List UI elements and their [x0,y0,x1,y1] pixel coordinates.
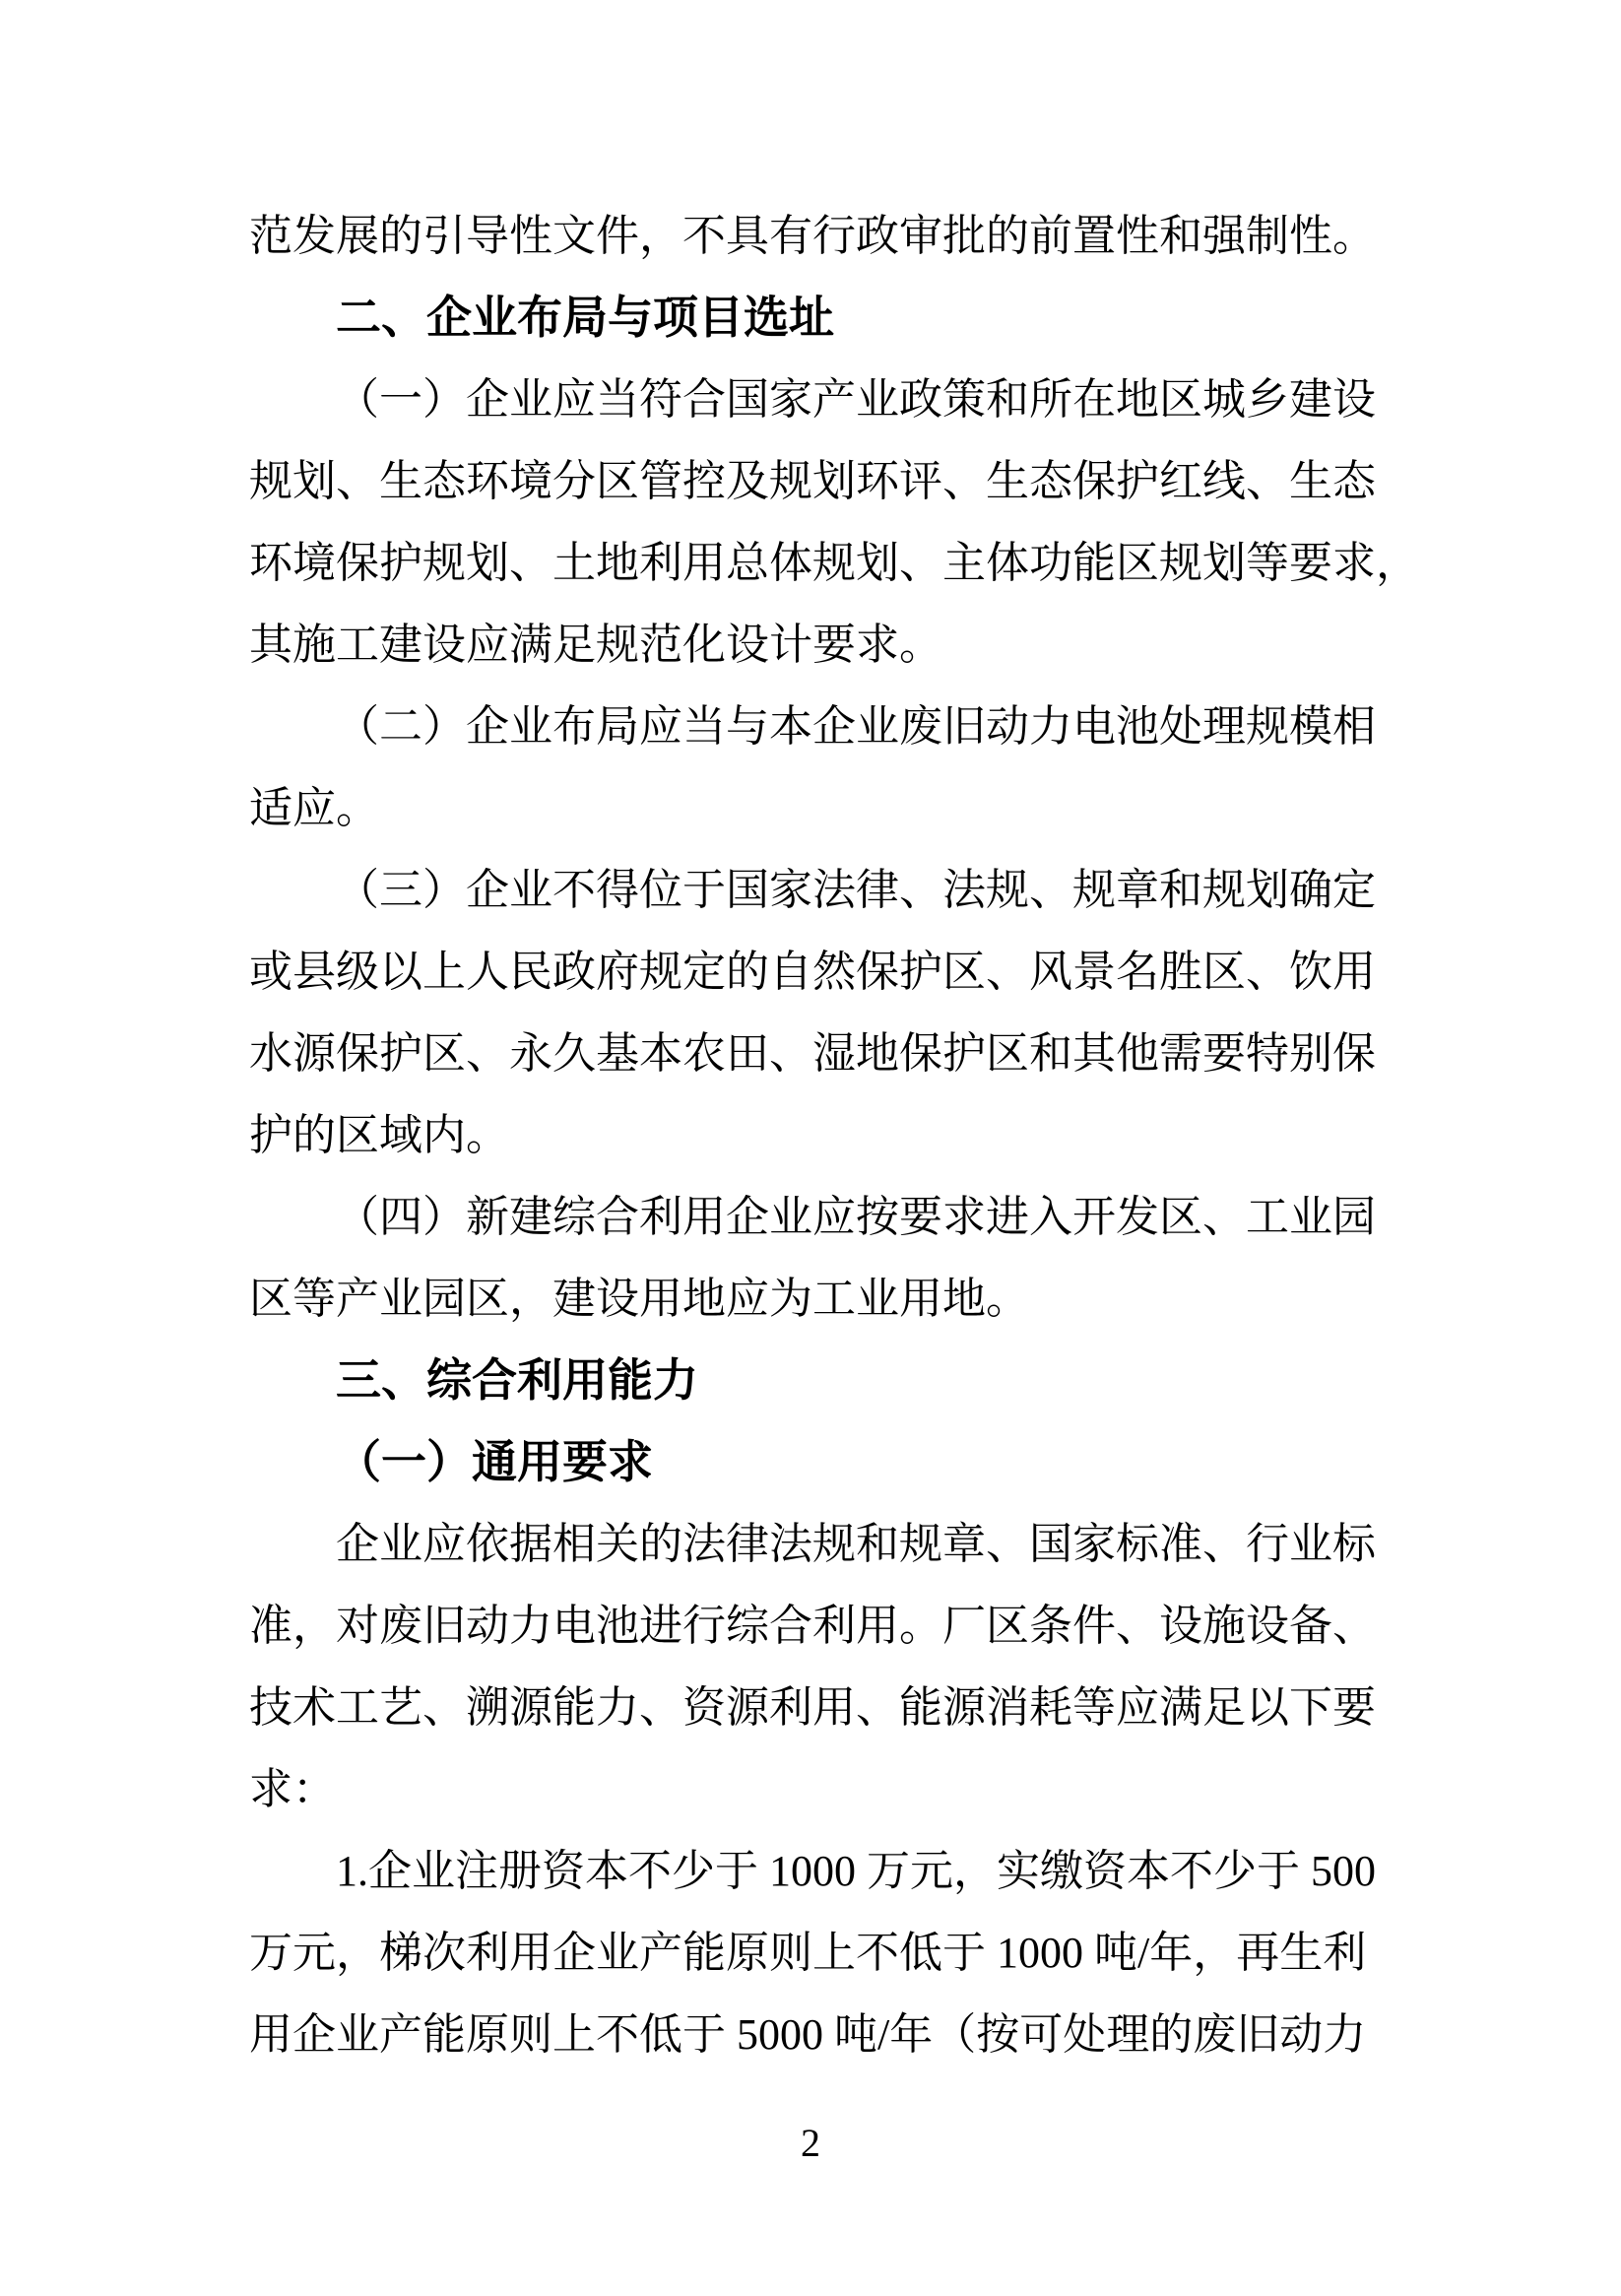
text-line: 企业应依据相关的法律法规和规章、国家标准、行业标 [249,1503,1392,1585]
text-line: （三）企业不得位于国家法律、法规、规章和规划确定 [249,849,1392,931]
text-line: （二）企业布局应当与本企业废旧动力电池处理规模相 [249,686,1392,767]
text-line: 区等产业园区，建设用地应为工业用地。 [249,1258,1392,1340]
text-line: （四）新建综合利用企业应按要求进入开发区、工业园 [249,1176,1392,1258]
text-line: 环境保护规划、土地利用总体规划、主体功能区规划等要求， [249,522,1392,604]
text-line: 求： [249,1748,1392,1830]
text-line: 范发展的引导性文件，不具有行政审批的前置性和强制性。 [249,195,1392,277]
text-line: 准，对废旧动力电池进行综合利用。厂区条件、设施设备、 [249,1585,1392,1667]
text-line: 用企业产能原则上不低于 5000 吨/年（按可处理的废旧动力 [249,1994,1392,2075]
section-heading: 二、企业布局与项目选址 [249,277,1392,359]
text-line: 护的区域内。 [249,1094,1392,1176]
text-line: 适应。 [249,767,1392,849]
section-heading: （一）通用要求 [249,1421,1392,1503]
text-line: 其施工建设应满足规范化设计要求。 [249,604,1392,686]
text-line: 规划、生态环境分区管控及规划环评、生态保护红线、生态 [249,440,1392,522]
text-line: 水源保护区、永久基本农田、湿地保护区和其他需要特别保 [249,1013,1392,1094]
section-heading: 三、综合利用能力 [249,1340,1392,1421]
text-line: 1.企业注册资本不少于 1000 万元，实缴资本不少于 500 [249,1830,1392,1912]
page-number: 2 [0,2120,1621,2167]
text-line: 技术工艺、溯源能力、资源利用、能源消耗等应满足以下要 [249,1667,1392,1748]
document-page: 范发展的引导性文件，不具有行政审批的前置性和强制性。二、企业布局与项目选址（一）… [0,0,1621,2296]
text-line: （一）企业应当符合国家产业政策和所在地区城乡建设 [249,359,1392,440]
text-line: 或县级以上人民政府规定的自然保护区、风景名胜区、饮用 [249,931,1392,1013]
text-line: 万元，梯次利用企业产能原则上不低于 1000 吨/年，再生利 [249,1912,1392,1994]
document-body: 范发展的引导性文件，不具有行政审批的前置性和强制性。二、企业布局与项目选址（一）… [249,195,1392,2075]
